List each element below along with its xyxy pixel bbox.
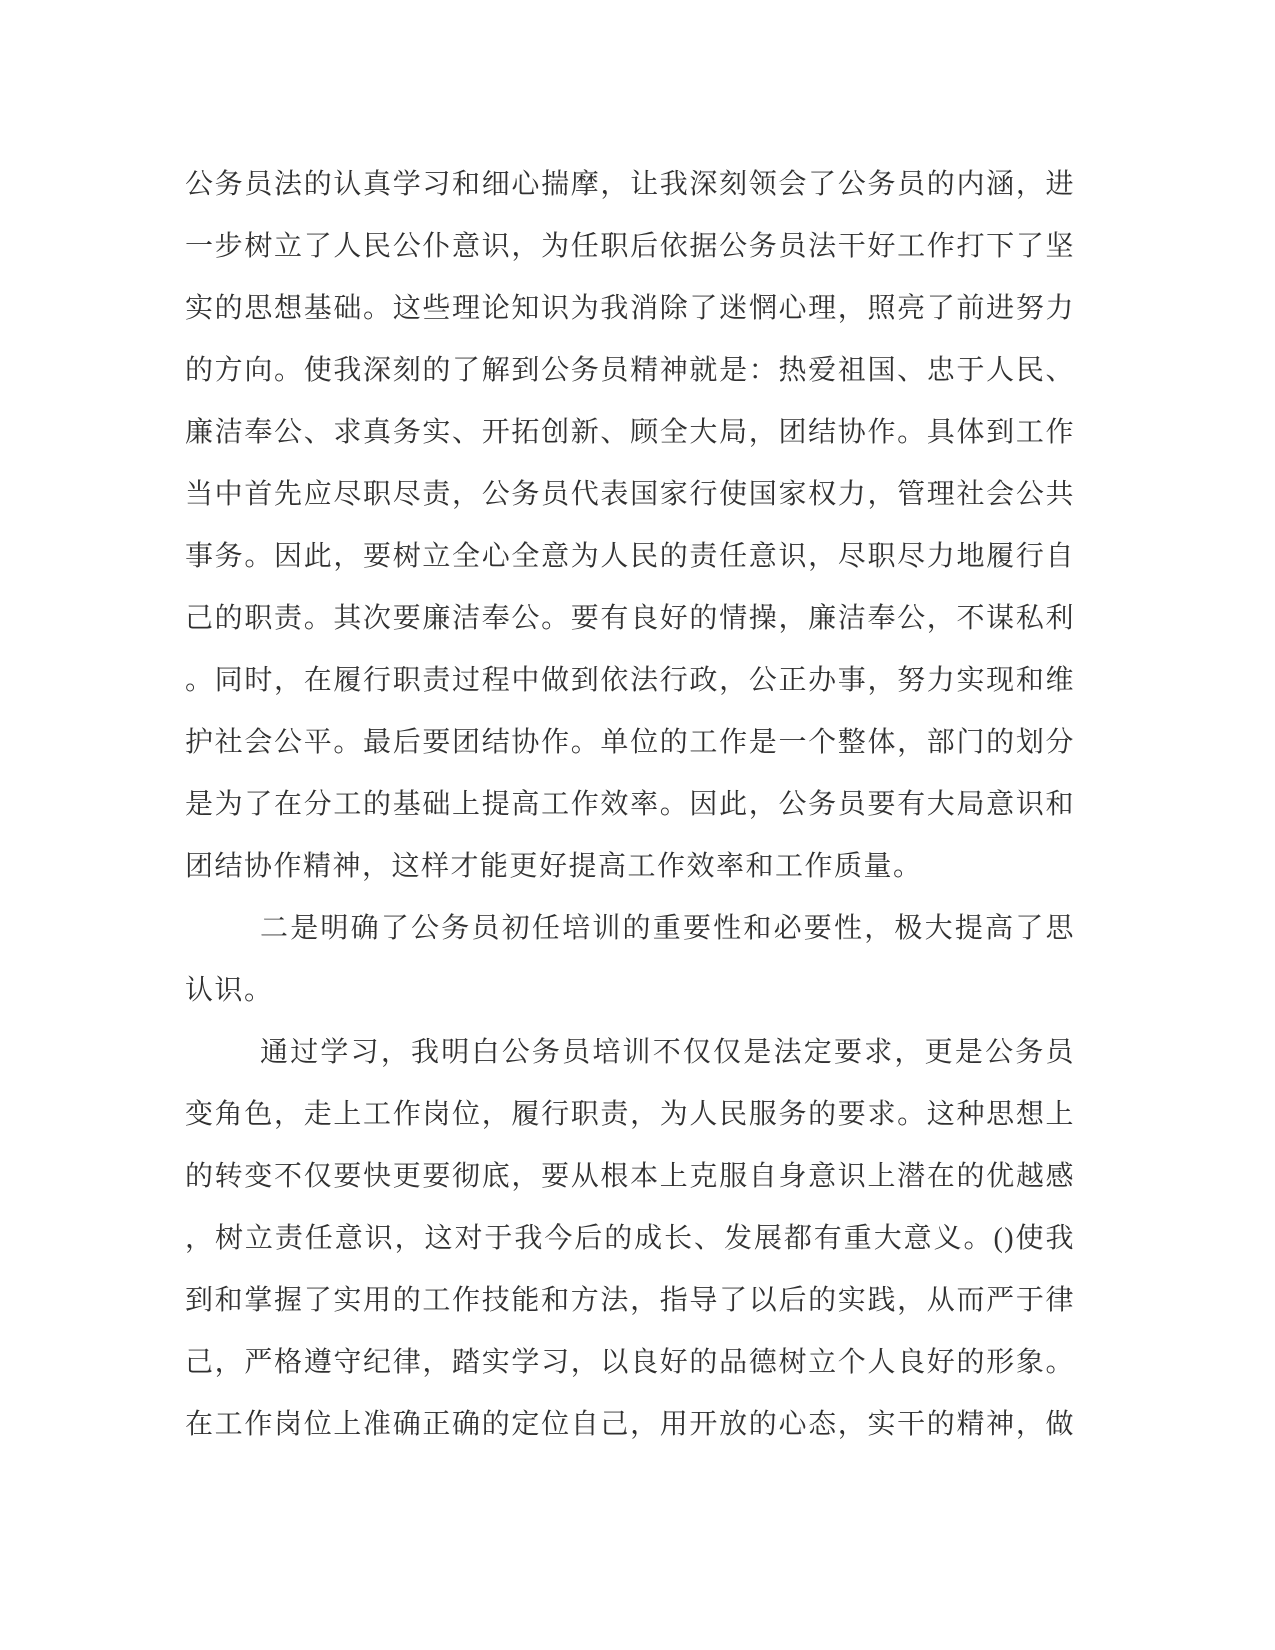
text-line: 是为了在分工的基础上提高工作效率。因此，公务员要有大局意识和 <box>185 774 1075 836</box>
text-line: 到和掌握了实用的工作技能和方法，指导了以后的实践，从而严于律 <box>185 1270 1075 1332</box>
text-line: 的方向。使我深刻的了解到公务员精神就是：热爱祖国、忠于人民、 <box>185 340 1075 402</box>
text-line: 一步树立了人民公仆意识，为任职后依据公务员法干好工作打下了坚 <box>185 216 1075 278</box>
text-line-paragraph-start: 通过学习，我明白公务员培训不仅仅是法定要求，更是公务员转 <box>185 1022 1075 1084</box>
text-line: 实的思想基础。这些理论知识为我消除了迷惘心理，照亮了前进努力 <box>185 278 1075 340</box>
text-line: 己的职责。其次要廉洁奉公。要有良好的情操，廉洁奉公，不谋私利 <box>185 588 1075 650</box>
text-line: 变角色，走上工作岗位，履行职责，为人民服务的要求。这种思想上 <box>185 1084 1075 1146</box>
text-line: 事务。因此，要树立全心全意为人民的责任意识，尽职尽力地履行自 <box>185 526 1075 588</box>
document-text-block: 公务员法的认真学习和细心揣摩，让我深刻领会了公务员的内涵，进 一步树立了人民公仆… <box>185 154 1075 1456</box>
text-line: 己，严格遵守纪律，踏实学习，以良好的品德树立个人良好的形象。 <box>185 1332 1075 1394</box>
text-line: 廉洁奉公、求真务实、开拓创新、顾全大局，团结协作。具体到工作 <box>185 402 1075 464</box>
document-page: 公务员法的认真学习和细心揣摩，让我深刻领会了公务员的内涵，进 一步树立了人民公仆… <box>0 0 1275 1650</box>
text-line-paragraph-end: 认识。 <box>185 960 1075 1022</box>
text-line: 。同时，在履行职责过程中做到依法行政，公正办事，努力实现和维 <box>185 650 1075 712</box>
text-line-paragraph-start: 二是明确了公务员初任培训的重要性和必要性，极大提高了思想 <box>185 898 1075 960</box>
text-line: 当中首先应尽职尽责，公务员代表国家行使国家权力，管理社会公共 <box>185 464 1075 526</box>
text-line: ，树立责任意识，这对于我今后的成长、发展都有重大意义。()使我学 <box>185 1208 1075 1270</box>
text-line: 护社会公平。最后要团结协作。单位的工作是一个整体，部门的划分 <box>185 712 1075 774</box>
text-line: 在工作岗位上准确正确的定位自己，用开放的心态，实干的精神，做 <box>185 1394 1075 1456</box>
text-line: 的转变不仅要快更要彻底，要从根本上克服自身意识上潜在的优越感 <box>185 1146 1075 1208</box>
text-line-paragraph-end: 团结协作精神，这样才能更好提高工作效率和工作质量。 <box>185 836 1075 898</box>
text-line: 公务员法的认真学习和细心揣摩，让我深刻领会了公务员的内涵，进 <box>185 154 1075 216</box>
